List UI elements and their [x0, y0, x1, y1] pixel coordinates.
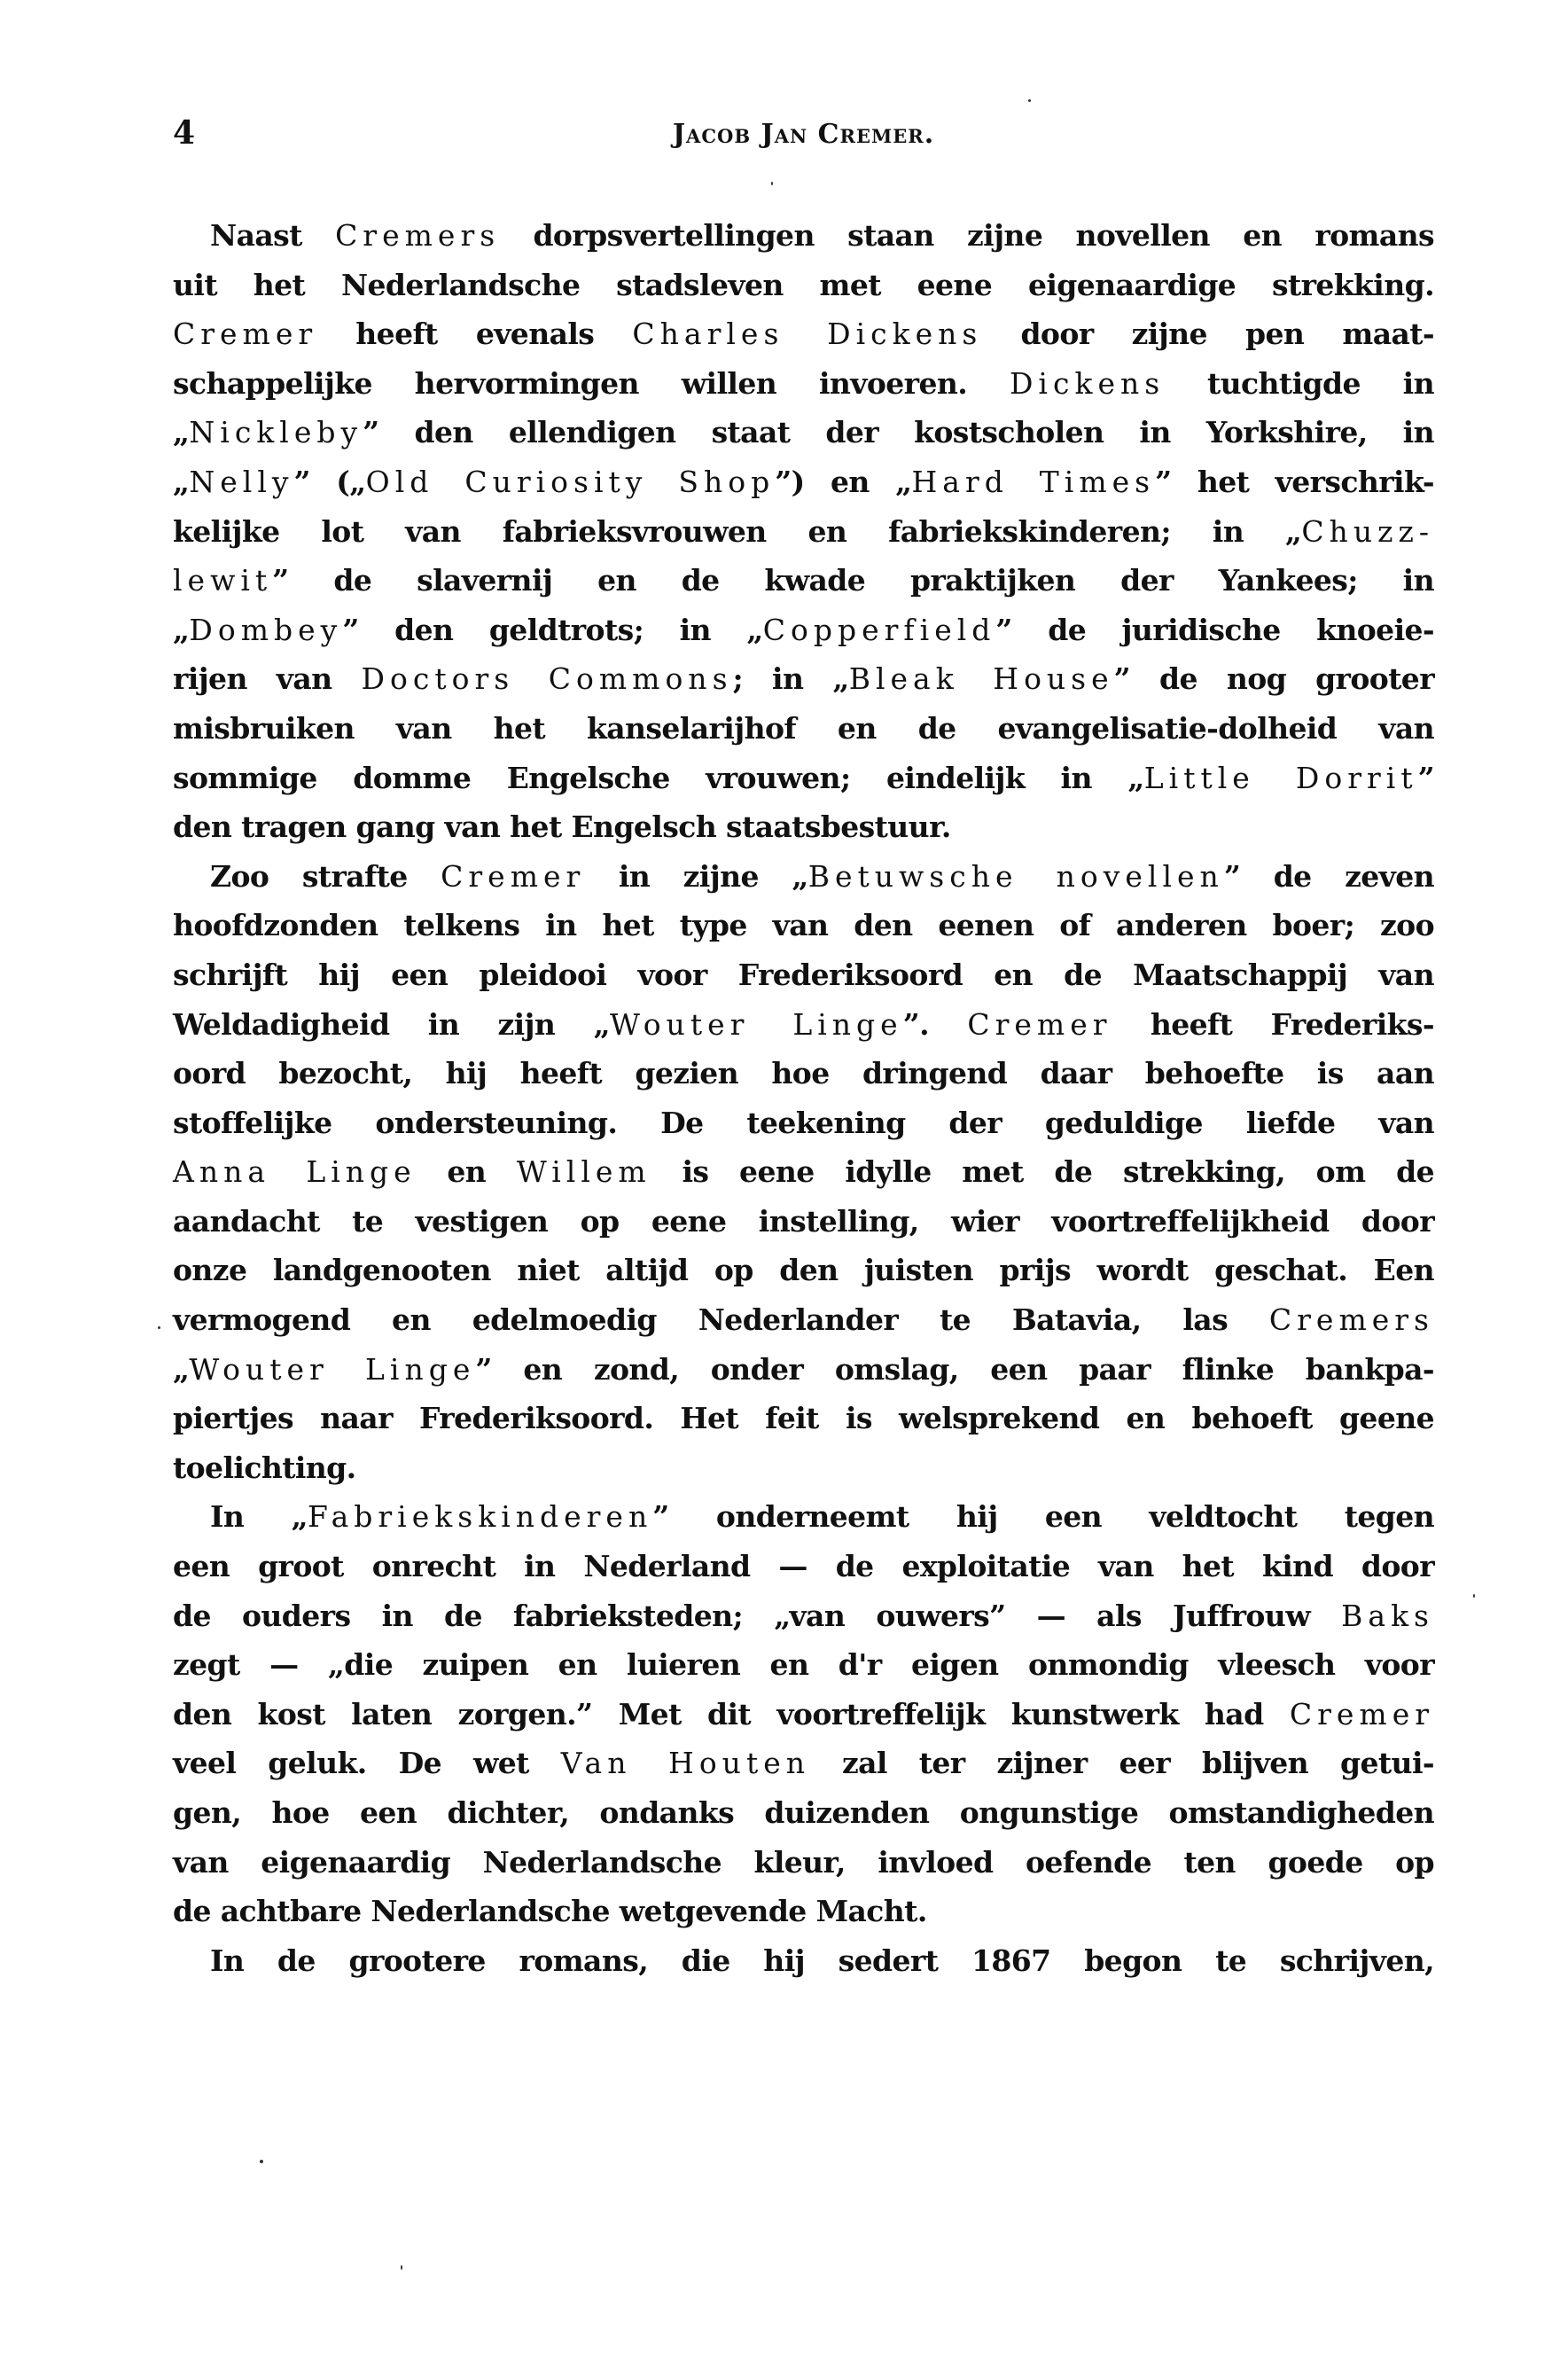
text-run: den tragen gang van het Engelsch staatsb…: [173, 809, 951, 844]
text-line-content: „Dombey” den geldtrots; in „Copperfield”…: [173, 606, 1434, 655]
body-text: Naast Cremers dorpsvertellingen staan zi…: [173, 211, 1434, 1985]
spaced-emphasis: Betuwsche novellen: [808, 859, 1224, 894]
text-run: „: [173, 1352, 189, 1387]
spaced-emphasis: Hard Times: [912, 465, 1156, 499]
text-line-content: uit het Nederlandsche stadsleven met een…: [173, 261, 1434, 310]
text-line-content: misbruiken van het kanselarijhof en de e…: [173, 704, 1434, 754]
spaced-emphasis: Dombey: [189, 613, 342, 647]
text-run: ” den geldtrots; in „: [342, 613, 762, 647]
spaced-emphasis: Charles Dickens: [632, 317, 982, 351]
spaced-emphasis: Wouter Linge: [189, 1352, 475, 1387]
text-line-content: den kost laten zorgen.” Met dit voortref…: [173, 1690, 1434, 1739]
text-run: „: [173, 465, 189, 499]
text-line-content: gen, hoe een dichter, ondanks duizenden …: [173, 1788, 1434, 1838]
spaced-emphasis: Nickleby: [189, 415, 363, 449]
text-line-content: oord bezocht, hij heeft gezien hoe dring…: [173, 1049, 1434, 1098]
text-run: „: [173, 613, 189, 647]
scan-speck: [1473, 1594, 1475, 1598]
text-run: dorpsvertellingen staan zijne novellen e…: [500, 218, 1434, 253]
spaced-emphasis: Wouter Linge: [610, 1007, 903, 1042]
text-run: misbruiken van het kanselarijhof en de e…: [173, 711, 1434, 746]
text-run: ” de slavernij en de kwade praktijken de…: [272, 563, 1434, 598]
text-run: door zijne pen maat-: [982, 317, 1434, 351]
text-run: ”.: [903, 1007, 968, 1042]
text-run: kelijke lot van fabrieksvrouwen en fabri…: [173, 514, 1301, 549]
text-line-content: In de grootere romans, die hij sedert 18…: [210, 1936, 1434, 1986]
text-run: ” de juridische knoeie-: [995, 613, 1434, 647]
text-line-content: stoffelijke ondersteuning. De teekening …: [173, 1098, 1434, 1148]
text-run: In de grootere romans, die hij sedert 18…: [210, 1943, 1434, 1978]
text-run: is eene idylle met de strekking, om de: [651, 1154, 1434, 1189]
text-line: hoofdzonden telkens in het type van den …: [173, 901, 1434, 950]
text-line: onze landgenooten niet altijd op den jui…: [173, 1246, 1434, 1295]
text-run: in zijne „: [585, 859, 807, 894]
text-line: Weldadigheid in zijn „Wouter Linge”. Cre…: [173, 1000, 1434, 1050]
text-line-content: kelijke lot van fabrieksvrouwen en fabri…: [173, 507, 1434, 557]
text-line: oord bezocht, hij heeft gezien hoe dring…: [173, 1049, 1434, 1098]
spaced-emphasis: lewit: [173, 563, 272, 598]
text-line-content: de achtbare Nederlandsche wetgevende Mac…: [173, 1887, 1434, 1936]
text-line: rijen van Doctors Commons; in „Bleak Hou…: [173, 654, 1434, 704]
spaced-emphasis: Cremer: [967, 1007, 1112, 1042]
text-line-content: Naast Cremers dorpsvertellingen staan zi…: [210, 211, 1434, 261]
text-line: Naast Cremers dorpsvertellingen staan zi…: [173, 211, 1434, 261]
text-run: ” de zeven: [1224, 859, 1434, 894]
spaced-emphasis: Dickens: [1010, 366, 1165, 401]
spaced-emphasis: Old Curiosity Shop: [366, 465, 776, 499]
text-run: tuchtigde in: [1165, 366, 1434, 401]
text-line: toelichting.: [173, 1443, 1434, 1493]
text-run: hoofdzonden telkens in het type van den …: [173, 908, 1434, 942]
text-run: Zoo strafte: [210, 859, 441, 894]
text-line-content: „Wouter Linge” en zond, onder omslag, ee…: [173, 1345, 1434, 1395]
text-run: Naast: [210, 218, 335, 253]
text-line: de ouders in de fabrieksteden; „van ouwe…: [173, 1591, 1434, 1641]
text-line-content: zegt — „die zuipen en luieren en d'r eig…: [173, 1640, 1434, 1690]
text-run: den kost laten zorgen.” Met dit voortref…: [173, 1697, 1290, 1732]
scan-speck: [771, 182, 773, 185]
text-line-content: In „Fabriekskinderen” onderneemt hij een…: [210, 1492, 1434, 1542]
text-line-content: lewit” de slavernij en de kwade praktijk…: [173, 556, 1434, 606]
text-line: stoffelijke ondersteuning. De teekening …: [173, 1098, 1434, 1148]
text-line-content: van eigenaardig Nederlandsche kleur, inv…: [173, 1838, 1434, 1888]
text-line: „Nelly” („Old Curiosity Shop”) en „Hard …: [173, 457, 1434, 507]
text-line: misbruiken van het kanselarijhof en de e…: [173, 704, 1434, 754]
text-line: In „Fabriekskinderen” onderneemt hij een…: [173, 1492, 1434, 1542]
text-run: een groot onrecht in Nederland — de expl…: [173, 1549, 1434, 1583]
text-line-content: rijen van Doctors Commons; in „Bleak Hou…: [173, 654, 1434, 704]
text-line: veel geluk. De wet Van Houten zal ter zi…: [173, 1739, 1434, 1788]
page-header: 4 Jacob Jan Cremer.: [173, 113, 1434, 158]
text-run: stoffelijke ondersteuning. De teekening …: [173, 1106, 1434, 1140]
text-run: en: [417, 1154, 517, 1189]
text-line-content: onze landgenooten niet altijd op den jui…: [173, 1246, 1434, 1295]
text-line: aandacht te vestigen op eene instelling,…: [173, 1197, 1434, 1247]
text-run: heeft evenals: [317, 317, 632, 351]
text-run: onze landgenooten niet altijd op den jui…: [173, 1253, 1434, 1287]
text-line-content: toelichting.: [173, 1443, 1434, 1493]
text-run: ”: [1418, 761, 1434, 795]
text-run: ” onderneemt hij een veldtocht tegen: [652, 1499, 1434, 1534]
text-run: ”) en „: [775, 465, 911, 499]
spaced-emphasis: Cremer: [441, 859, 585, 894]
text-run: oord bezocht, hij heeft gezien hoe dring…: [173, 1056, 1434, 1091]
book-page: 4 Jacob Jan Cremer. Naast Cremers dorpsv…: [0, 0, 1568, 2353]
text-line: „Wouter Linge” en zond, onder omslag, ee…: [173, 1345, 1434, 1395]
text-run: In „: [210, 1499, 308, 1534]
text-line: Zoo strafte Cremer in zijne „Betuwsche n…: [173, 852, 1434, 902]
spaced-emphasis: Bleak House: [849, 661, 1114, 696]
text-run: ” het verschrik-: [1155, 465, 1434, 499]
text-line: de achtbare Nederlandsche wetgevende Mac…: [173, 1887, 1434, 1936]
text-line-content: schappelijke hervormingen willen invoere…: [173, 359, 1434, 409]
text-run: „: [173, 415, 189, 449]
text-run: heeft Frederiks-: [1112, 1007, 1434, 1042]
text-line-content: Anna Linge en Willem is eene idylle met …: [173, 1147, 1434, 1197]
spaced-emphasis: Fabriekskinderen: [308, 1499, 652, 1534]
text-run: schrijft hij een pleidooi voor Frederiks…: [173, 958, 1434, 992]
text-line-content: de ouders in de fabrieksteden; „van ouwe…: [173, 1591, 1434, 1641]
text-line-content: piertjes naar Frederiksoord. Het feit is…: [173, 1394, 1434, 1443]
running-title: Jacob Jan Cremer.: [173, 115, 1434, 154]
text-run: zegt — „die zuipen en luieren en d'r eig…: [173, 1647, 1434, 1682]
text-run: ” de nog grooter: [1114, 661, 1434, 696]
text-line-content: hoofdzonden telkens in het type van den …: [173, 901, 1434, 950]
text-line-content: schrijft hij een pleidooi voor Frederiks…: [173, 950, 1434, 1000]
spaced-emphasis: Van Houten: [561, 1746, 810, 1780]
spaced-emphasis: Cremer: [1290, 1697, 1434, 1732]
text-run: van eigenaardig Nederlandsche kleur, inv…: [173, 1845, 1434, 1880]
text-line: een groot onrecht in Nederland — de expl…: [173, 1542, 1434, 1591]
spaced-emphasis: Nelly: [189, 465, 293, 499]
text-run: piertjes naar Frederiksoord. Het feit is…: [173, 1401, 1434, 1435]
text-run: toelichting.: [173, 1450, 356, 1485]
spaced-emphasis: Cremer: [173, 317, 317, 351]
text-line: kelijke lot van fabrieksvrouwen en fabri…: [173, 507, 1434, 557]
scan-speck: [158, 1326, 160, 1329]
spaced-emphasis: Doctors Commons: [362, 661, 733, 696]
spaced-emphasis: Copperfield: [763, 613, 996, 647]
text-line: „Dombey” den geldtrots; in „Copperfield”…: [173, 606, 1434, 655]
text-line-content: vermogend en edelmoedig Nederlander te B…: [173, 1295, 1434, 1345]
text-run: de ouders in de fabrieksteden; „van ouwe…: [173, 1599, 1341, 1633]
text-line: den tragen gang van het Engelsch staatsb…: [173, 802, 1434, 852]
text-run: rijen van: [173, 661, 362, 696]
text-line-content: sommige domme Engelsche vrouwen; eindeli…: [173, 754, 1434, 803]
text-run: veel geluk. De wet: [173, 1746, 561, 1780]
text-run: aandacht te vestigen op eene instelling,…: [173, 1204, 1434, 1239]
text-run: ” en zond, onder omslag, een paar flinke…: [475, 1352, 1434, 1387]
text-line-content: „Nelly” („Old Curiosity Shop”) en „Hard …: [173, 457, 1434, 507]
text-run: schappelijke hervormingen willen invoere…: [173, 366, 1010, 401]
text-run: gen, hoe een dichter, ondanks duizenden …: [173, 1795, 1434, 1830]
text-line-content: Cremer heeft evenals Charles Dickens doo…: [173, 309, 1434, 359]
text-run: ” den ellendigen staat der kostscholen i…: [363, 415, 1434, 449]
text-run: uit het Nederlandsche stadsleven met een…: [173, 268, 1434, 302]
text-line: In de grootere romans, die hij sedert 18…: [173, 1936, 1434, 1986]
scan-speck: [1028, 99, 1031, 102]
spaced-emphasis: Chuzz-: [1301, 514, 1434, 549]
text-run: de achtbare Nederlandsche wetgevende Mac…: [173, 1894, 927, 1928]
spaced-emphasis: Baks: [1341, 1599, 1434, 1633]
text-line-content: „Nickleby” den ellendigen staat der kost…: [173, 408, 1434, 457]
text-run: sommige domme Engelsche vrouwen; eindeli…: [173, 761, 1144, 795]
text-run: vermogend en edelmoedig Nederlander te B…: [173, 1302, 1269, 1337]
text-line: sommige domme Engelsche vrouwen; eindeli…: [173, 754, 1434, 803]
text-run: ; in „: [733, 661, 849, 696]
text-line: van eigenaardig Nederlandsche kleur, inv…: [173, 1838, 1434, 1888]
text-line: zegt — „die zuipen en luieren en d'r eig…: [173, 1640, 1434, 1690]
text-line: „Nickleby” den ellendigen staat der kost…: [173, 408, 1434, 457]
text-line: gen, hoe een dichter, ondanks duizenden …: [173, 1788, 1434, 1838]
text-line-content: Weldadigheid in zijn „Wouter Linge”. Cre…: [173, 1000, 1434, 1050]
text-line-content: den tragen gang van het Engelsch staatsb…: [173, 802, 1434, 852]
text-line-content: een groot onrecht in Nederland — de expl…: [173, 1542, 1434, 1591]
spaced-emphasis: Little Dorrit: [1144, 761, 1418, 795]
text-run: zal ter zijner eer blijven getui-: [810, 1746, 1434, 1780]
text-run: Weldadigheid in zijn „: [173, 1007, 610, 1042]
scan-speck: [260, 2160, 263, 2163]
text-line: schappelijke hervormingen willen invoere…: [173, 359, 1434, 409]
text-line: schrijft hij een pleidooi voor Frederiks…: [173, 950, 1434, 1000]
text-line-content: veel geluk. De wet Van Houten zal ter zi…: [173, 1739, 1434, 1788]
text-line: uit het Nederlandsche stadsleven met een…: [173, 261, 1434, 310]
scan-speck: [401, 2265, 402, 2270]
spaced-emphasis: Cremers: [335, 218, 500, 253]
text-run: ” („: [294, 465, 366, 499]
text-line: vermogend en edelmoedig Nederlander te B…: [173, 1295, 1434, 1345]
text-line-content: aandacht te vestigen op eene instelling,…: [173, 1197, 1434, 1247]
text-line: Anna Linge en Willem is eene idylle met …: [173, 1147, 1434, 1197]
text-line: lewit” de slavernij en de kwade praktijk…: [173, 556, 1434, 606]
text-line: piertjes naar Frederiksoord. Het feit is…: [173, 1394, 1434, 1443]
text-line: den kost laten zorgen.” Met dit voortref…: [173, 1690, 1434, 1739]
spaced-emphasis: Anna Linge: [173, 1154, 417, 1189]
text-line-content: Zoo strafte Cremer in zijne „Betuwsche n…: [210, 852, 1434, 902]
spaced-emphasis: Willem: [517, 1154, 651, 1189]
text-line: Cremer heeft evenals Charles Dickens doo…: [173, 309, 1434, 359]
spaced-emphasis: Cremers: [1269, 1302, 1434, 1337]
